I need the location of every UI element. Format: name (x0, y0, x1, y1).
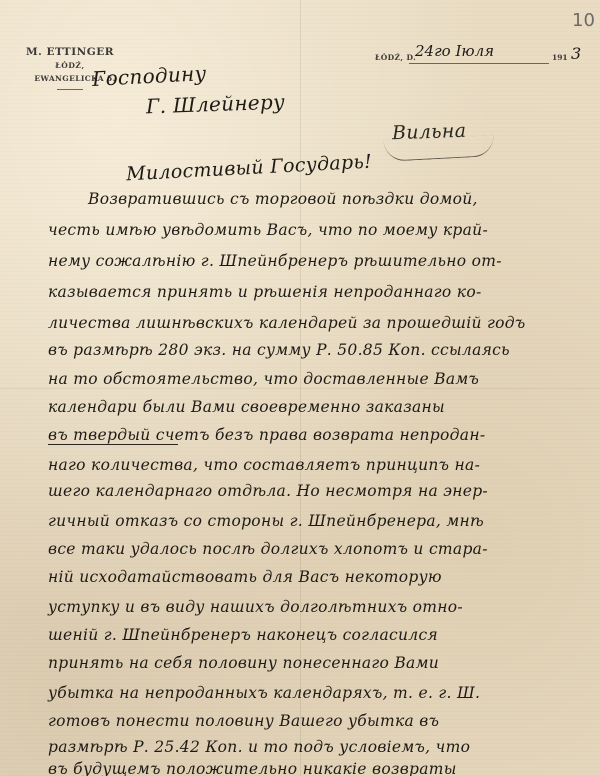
body-line: принять на себя половину понесеннаго Вам… (48, 654, 588, 672)
addressee-name: Г. Шлейнеру (146, 90, 286, 119)
body-line: шеній г. Шпейнбренеръ наконецъ согласилс… (48, 626, 588, 644)
body-line: Возвратившись съ торговой поѣздки домой, (88, 190, 600, 208)
body-line: гичный отказъ со стороны г. Шпейнбренера… (48, 512, 588, 530)
date-handwritten: 24го Іюля (415, 42, 494, 60)
body-line-underlined: въ твердый счетъ безъ права возврата неп… (48, 426, 588, 444)
letterhead-name: M. ETTINGER (0, 46, 140, 58)
body-line: убытка на непроданныхъ календаряхъ, т. е… (48, 684, 588, 702)
salutation: Милостивый Государь! (126, 151, 373, 186)
underline-stroke (48, 444, 178, 445)
date-line: ŁÓDŹ, D. 24го Іюля 191 3 (375, 50, 585, 66)
date-printed-prefix: ŁÓDŹ, D. (375, 53, 416, 62)
city-flourish (384, 135, 495, 162)
body-line: все таки удалось послѣ долгихъ хлопотъ и… (48, 540, 588, 558)
letterhead-divider (57, 89, 83, 90)
body-line: наго количества, что составляетъ принцип… (48, 456, 588, 474)
addressee-title: Господину (91, 61, 207, 91)
date-year-handwritten: 3 (571, 44, 581, 63)
body-line: личества лишнѣвскихъ календарей за проше… (48, 314, 588, 332)
paper-fold-horizontal (0, 388, 600, 389)
body-line: въ размѣрѣ 280 экз. на сумму Р. 50.85 Ко… (48, 341, 588, 359)
date-year-printed: 191 (552, 53, 568, 62)
body-line: въ будущемъ положительно никакіе возврат… (48, 760, 588, 776)
body-line: честь имѣю увѣдомить Васъ, что по моему … (48, 221, 588, 239)
body-line: на то обстоятельство, что доставленные В… (48, 370, 588, 388)
body-line: казывается принять и рѣшенія непроданнаг… (48, 283, 588, 301)
body-line: нему сожалѣнію г. Шпейнбренеръ рѣшительн… (48, 252, 588, 270)
date-rule (409, 63, 549, 64)
body-line: шего календарнаго отдѣла. Но несмотря на… (48, 482, 588, 500)
body-line: готовъ понести половину Вашего убытка въ (48, 712, 588, 730)
body-line: календари были Вами своевременно заказан… (48, 398, 588, 416)
archive-page-number: 10 (572, 10, 595, 31)
body-line: уступку и въ виду нашихъ долголѣтнихъ от… (48, 598, 588, 616)
body-line: ній исходатайствовать для Васъ некоторую (48, 568, 588, 586)
body-line: размѣрѣ Р. 25.42 Коп. и то подъ условіем… (48, 738, 588, 756)
